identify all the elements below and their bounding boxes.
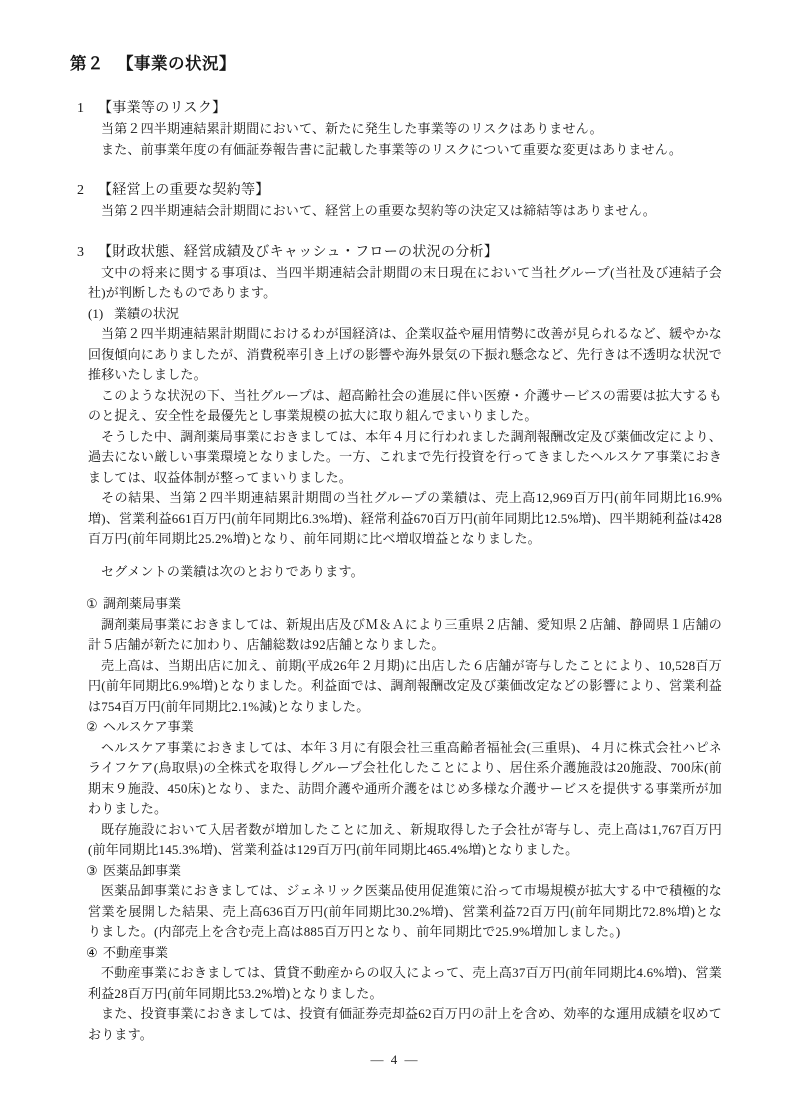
subsection-title: 業績の状況: [114, 304, 179, 325]
paragraph: 当第２四半期連結累計期間におけるわが国経済は、企業収益や雇用情勢に改善が見られる…: [88, 324, 722, 386]
paragraph: 当第２四半期連結会計期間において、経営上の重要な契約等の決定又は締結等はありませ…: [88, 201, 722, 222]
segment-title: ヘルスケア事業: [103, 717, 194, 738]
section-number: 2: [77, 180, 98, 201]
subsection-heading-business-results: (1) 業績の状況: [88, 304, 722, 325]
segment-number: ④: [86, 943, 103, 964]
segment-title: 不動産事業: [103, 943, 168, 964]
segment-heading-healthcare: ② ヘルスケア事業: [86, 717, 722, 738]
page-content: 第２ 【事業の状況】 1 【事業等のリスク】 当第２四半期連結累計期間において、…: [0, 0, 790, 1045]
paragraph: ヘルスケア事業におきましては、本年３月に有限会社三重高齢者福祉会(三重県)、４月…: [88, 738, 722, 820]
section-financial-analysis: 3 【財政状態、経営成績及びキャッシュ・フローの状況の分析】 文中の将来に関する…: [70, 242, 722, 1046]
section-number: 1: [77, 98, 98, 119]
paragraph: また、投資事業におきましては、投資有価証券売却益62百万円の計上を含め、効率的な…: [88, 1004, 722, 1045]
segment-title: 医薬品卸事業: [103, 861, 181, 882]
paragraph: 当第２四半期連結累計期間において、新たに発生した事業等のリスクはありません。: [88, 119, 722, 140]
paragraph: また、前事業年度の有価証券報告書に記載した事業等のリスクについて重要な変更はあり…: [88, 140, 722, 161]
segment-title: 調剤薬局事業: [103, 594, 181, 615]
section-important-contracts: 2 【経営上の重要な契約等】 当第２四半期連結会計期間において、経営上の重要な契…: [70, 180, 722, 222]
page-number-footer: ― 4 ―: [0, 1050, 790, 1070]
page-title: 第２ 【事業の状況】: [70, 52, 722, 76]
section-heading-label: 【事業等のリスク】: [98, 98, 226, 119]
section-heading-label: 【経営上の重要な契約等】: [98, 180, 270, 201]
segment-heading-pharma-wholesale: ③ 医薬品卸事業: [86, 861, 722, 882]
document-page: 第２ 【事業の状況】 1 【事業等のリスク】 当第２四半期連結累計期間において、…: [0, 0, 790, 1118]
page-title-number: 第２: [70, 52, 104, 76]
paragraph: 既存施設において入居者数が増加したことに加え、新規取得した子会社が寄与し、売上高…: [88, 820, 722, 861]
section-heading: 1 【事業等のリスク】: [77, 98, 722, 119]
section-number: 3: [77, 242, 98, 263]
paragraph: その結果、当第２四半期連結累計期間の当社グループの業績は、売上高12,969百万…: [88, 488, 722, 550]
paragraph: そうした中、調剤薬局事業におきましては、本年４月に行われました調剤報酬改定及び薬…: [88, 427, 722, 489]
subsection-number: (1): [88, 304, 114, 325]
segment-number: ①: [86, 594, 103, 615]
paragraph: 文中の将来に関する事項は、当四半期連結会計期間の末日現在において当社グループ(当…: [88, 263, 722, 304]
paragraph: 不動産事業におきましては、賃貸不動産からの収入によって、売上高37百万円(前年同…: [88, 963, 722, 1004]
page-title-label: 【事業の状況】: [117, 52, 236, 76]
section-heading: 2 【経営上の重要な契約等】: [77, 180, 722, 201]
segment-heading-real-estate: ④ 不動産事業: [86, 943, 722, 964]
segment-number: ③: [86, 861, 103, 882]
paragraph: 調剤薬局事業におきましては、新規出店及びＭ＆Ａにより三重県２店舗、愛知県２店舗、…: [88, 615, 722, 656]
paragraph: 医薬品卸事業におきましては、ジェネリック医薬品使用促進策に沿って市場規模が拡大す…: [88, 881, 722, 943]
segment-heading-pharmacy: ① 調剤薬局事業: [86, 594, 722, 615]
section-heading-label: 【財政状態、経営成績及びキャッシュ・フローの状況の分析】: [98, 242, 498, 263]
paragraph: 売上高は、当期出店に加え、前期(平成26年２月期)に出店した６店舗が寄与したこと…: [88, 656, 722, 718]
section-business-risks: 1 【事業等のリスク】 当第２四半期連結累計期間において、新たに発生した事業等の…: [70, 98, 722, 160]
paragraph: このような状況の下、当社グループは、超高齢社会の進展に伴い医療・介護サービスの需…: [88, 386, 722, 427]
section-heading: 3 【財政状態、経営成績及びキャッシュ・フローの状況の分析】: [77, 242, 722, 263]
segment-number: ②: [86, 717, 103, 738]
segments-intro: セグメントの業績は次のとおりであります。: [88, 562, 722, 583]
